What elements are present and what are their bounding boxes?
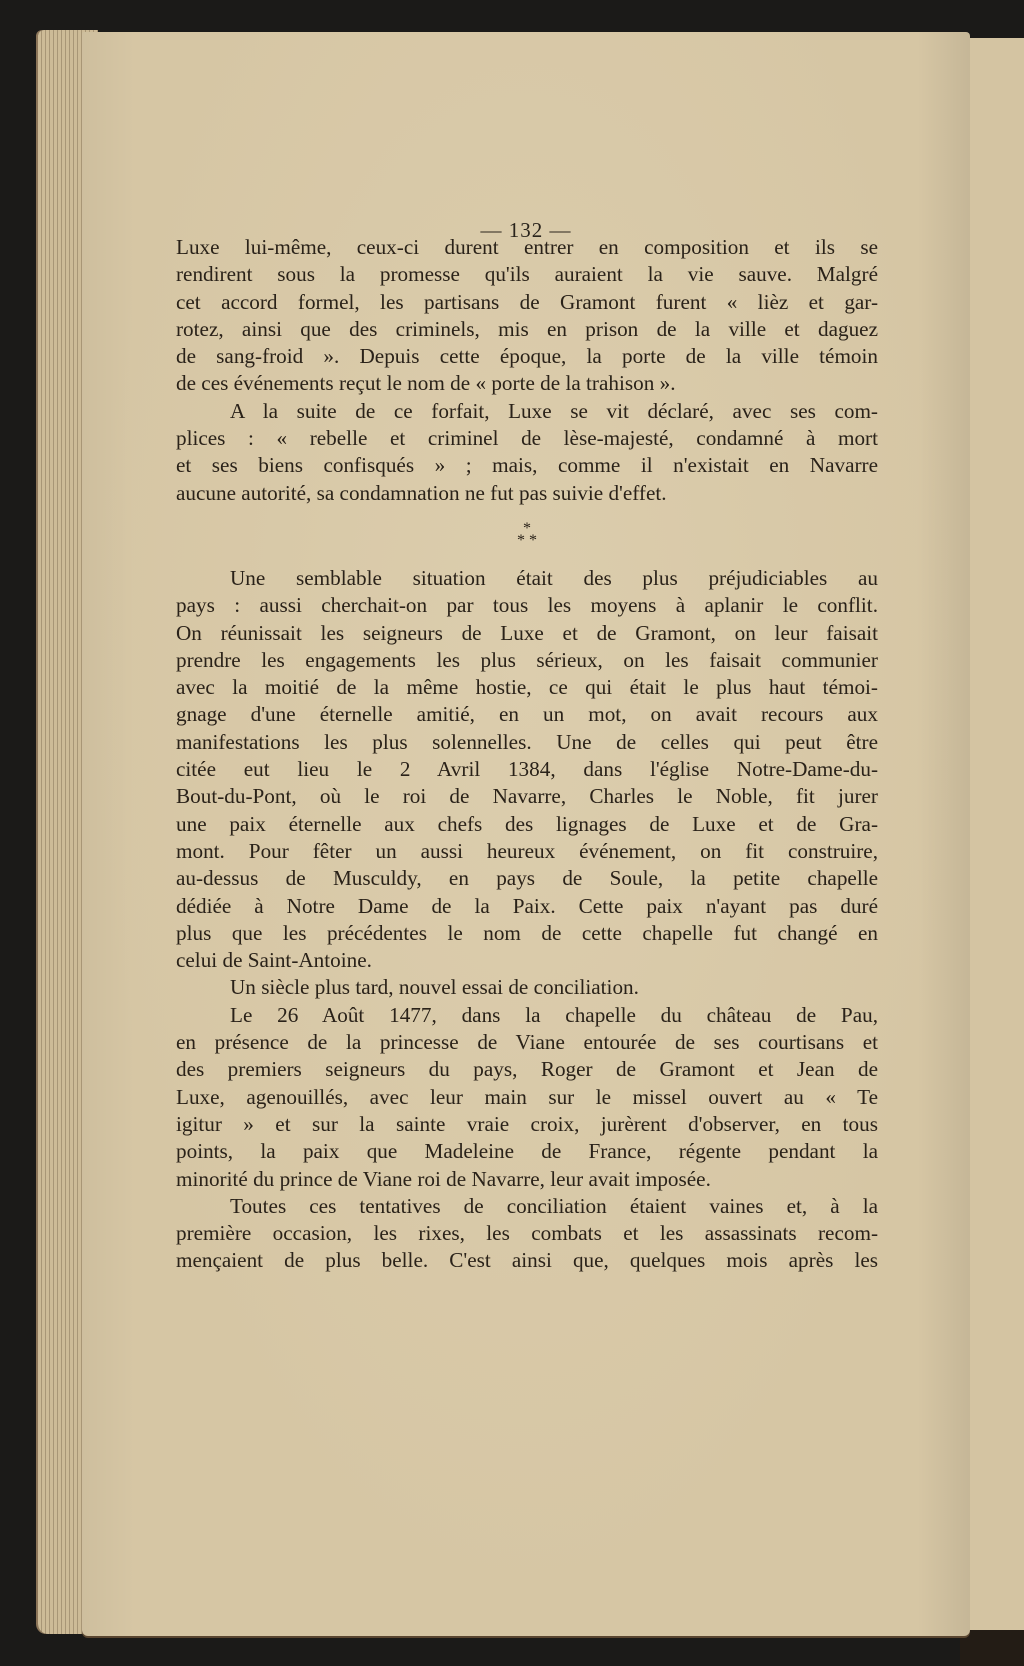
text-line: A la suite de ce forfait, Luxe se vit dé… bbox=[176, 398, 878, 425]
text-line: de sang-froid ». Depuis cette époque, la… bbox=[176, 343, 878, 370]
text-line: Toutes ces tentatives de conciliation ét… bbox=[176, 1193, 878, 1220]
text-line: aucune autorité, sa condamnation ne fut … bbox=[176, 480, 878, 507]
text-line: cet accord formel, les partisans de Gram… bbox=[176, 289, 878, 316]
text-line: Luxe, agenouillés, avec leur main sur le… bbox=[176, 1084, 878, 1111]
text-line: Une semblable situation était des plus p… bbox=[176, 565, 878, 592]
text-line: Luxe lui-même, ceux-ci durent entrer en … bbox=[176, 234, 878, 261]
text-line: des premiers seigneurs du pays, Roger de… bbox=[176, 1056, 878, 1083]
text-line: avec la moitié de la même hostie, ce qui… bbox=[176, 674, 878, 701]
text-line: citée eut lieu le 2 Avril 1384, dans l'é… bbox=[176, 756, 878, 783]
binding-shadow bbox=[960, 1630, 1024, 1666]
text-line: Bout-du-Pont, où le roi de Navarre, Char… bbox=[176, 783, 878, 810]
text-line: pays : aussi cherchait-on par tous les m… bbox=[176, 592, 878, 619]
text-line: en présence de la princesse de Viane ent… bbox=[176, 1029, 878, 1056]
section-break-asterism: * * * bbox=[176, 523, 878, 547]
text-line: Le 26 Août 1477, dans la chapelle du châ… bbox=[176, 1002, 878, 1029]
text-line: igitur » et sur la sainte vraie croix, j… bbox=[176, 1111, 878, 1138]
text-line: une paix éternelle aux chefs des lignage… bbox=[176, 811, 878, 838]
text-line: prendre les engagements les plus sérieux… bbox=[176, 647, 878, 674]
text-line: On réunissait les seigneurs de Luxe et d… bbox=[176, 620, 878, 647]
text-line: Un siècle plus tard, nouvel essai de con… bbox=[176, 974, 878, 1001]
text-line: points, la paix que Madeleine de France,… bbox=[176, 1138, 878, 1165]
text-line: de ces événements reçut le nom de « port… bbox=[176, 370, 878, 397]
text-line: rotez, ainsi que des criminels, mis en p… bbox=[176, 316, 878, 343]
text-line: plus que les précédentes le nom de cette… bbox=[176, 920, 878, 947]
text-line: manifestations les plus solennelles. Une… bbox=[176, 729, 878, 756]
next-page-edge bbox=[968, 38, 1024, 1633]
text-line: dédiée à Notre Dame de la Paix. Cette pa… bbox=[176, 893, 878, 920]
text-line: celui de Saint-Antoine. bbox=[176, 947, 878, 974]
asterism-bottom: * * bbox=[176, 535, 878, 547]
text-line: plices : « rebelle et criminel de lèse-m… bbox=[176, 425, 878, 452]
text-line: première occasion, les rixes, les combat… bbox=[176, 1220, 878, 1247]
page-body: Luxe lui-même, ceux-ci durent entrer en … bbox=[176, 234, 878, 1275]
text-line: et ses biens confisqués » ; mais, comme … bbox=[176, 452, 878, 479]
text-line: rendirent sous la promesse qu'ils auraie… bbox=[176, 261, 878, 288]
text-line: mont. Pour fêter un aussi heureux événem… bbox=[176, 838, 878, 865]
text-line: gnage d'une éternelle amitié, en un mot,… bbox=[176, 701, 878, 728]
text-line: mençaient de plus belle. C'est ainsi que… bbox=[176, 1247, 878, 1274]
book-scan: — 132 — Luxe lui-même, ceux-ci durent en… bbox=[0, 0, 1024, 1666]
text-line: minorité du prince de Viane roi de Navar… bbox=[176, 1166, 878, 1193]
text-line: au-dessus de Musculdy, en pays de Soule,… bbox=[176, 865, 878, 892]
